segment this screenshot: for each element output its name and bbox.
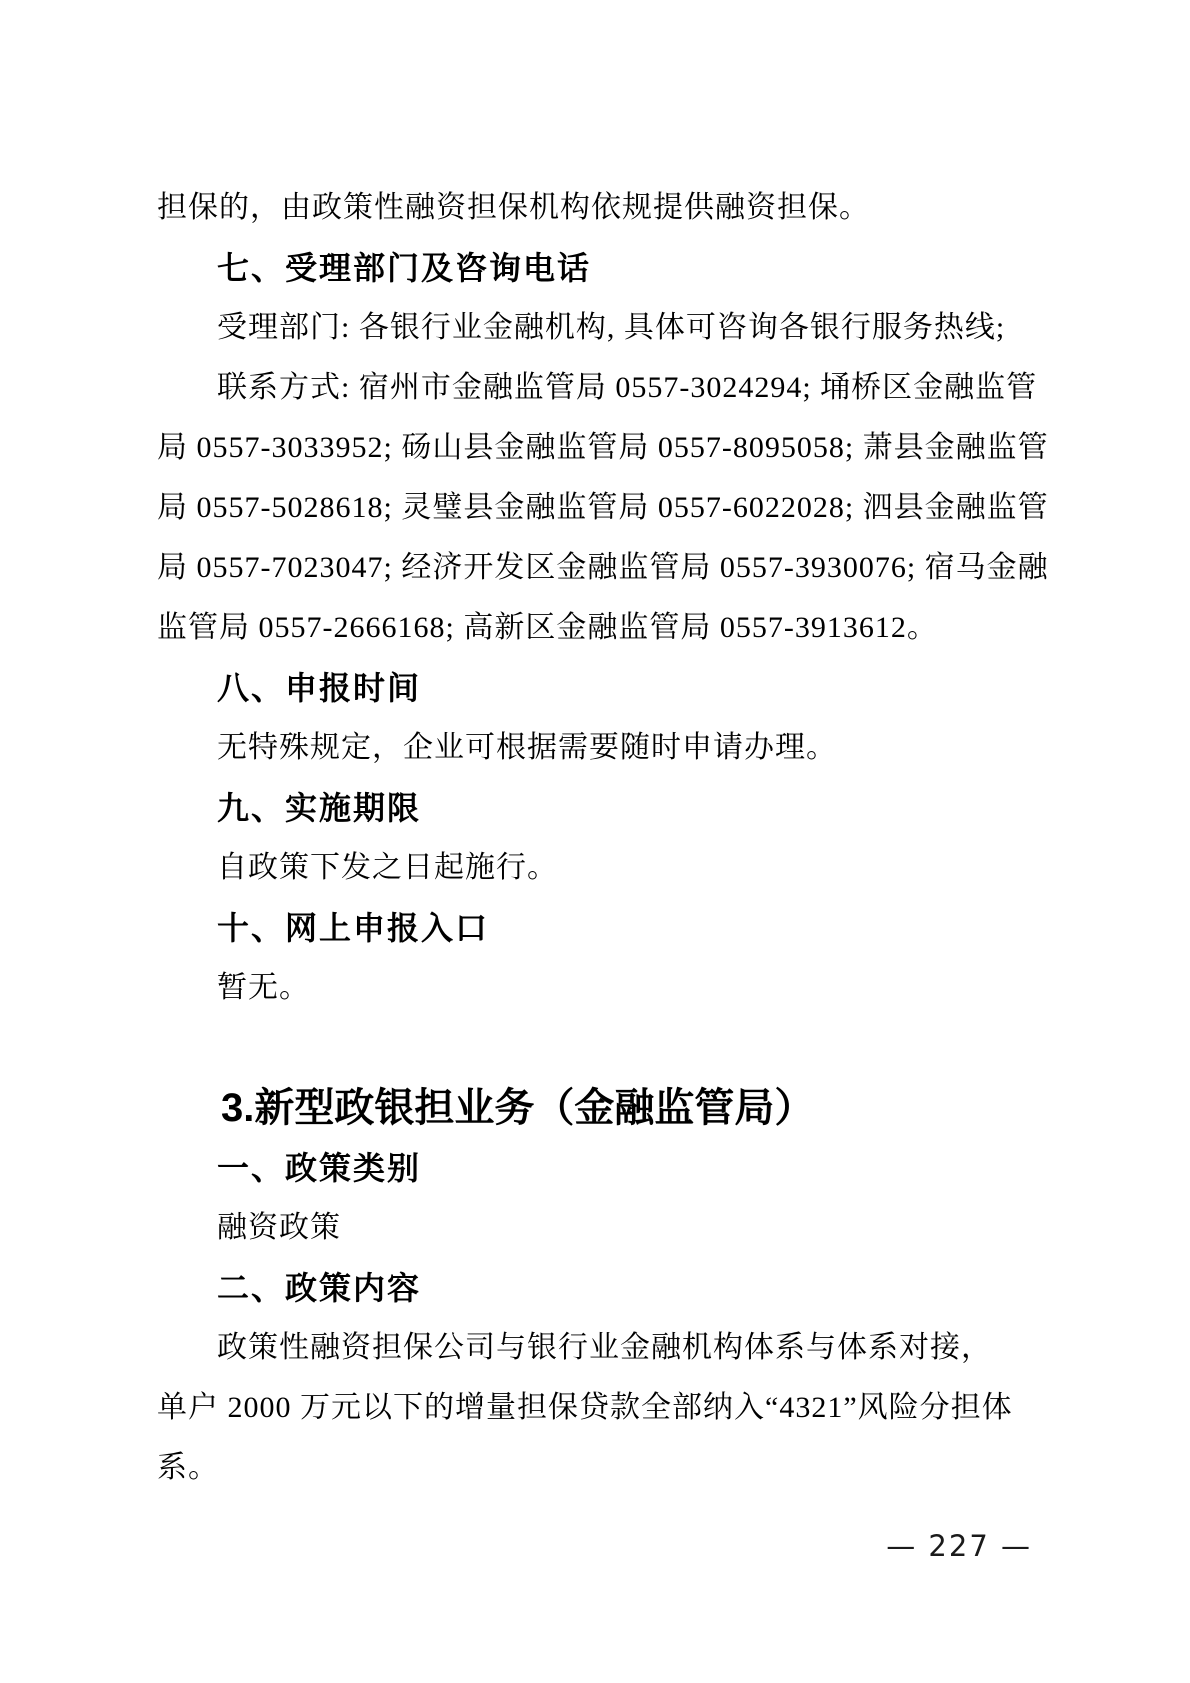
paragraph-line: 局 0557-3033952; 砀山县金融监管局 0557-8095058; 萧… [157, 418, 1037, 478]
chapter-title: 3.新型政银担业务（金融监管局） [157, 1078, 1037, 1138]
document-page: 担保的，由政策性融资担保机构依规提供融资担保。 七、受理部门及咨询电话 受理部门… [0, 0, 1190, 1683]
section-heading-policy-content: 二、政策内容 [157, 1258, 1037, 1318]
section-heading-policy-category: 一、政策类别 [157, 1138, 1037, 1198]
paragraph-line: 无特殊规定，企业可根据需要随时申请办理。 [157, 718, 1037, 778]
paragraph-line: 系。 [157, 1438, 1037, 1498]
paragraph-line: 暂无。 [157, 958, 1037, 1018]
paragraph-line: 局 0557-7023047; 经济开发区金融监管局 0557-3930076;… [157, 538, 1037, 598]
paragraph-line: 单户 2000 万元以下的增量担保贷款全部纳入“4321”风险分担体 [157, 1378, 1037, 1438]
section-heading-application-time: 八、申报时间 [157, 658, 1037, 718]
section-heading-acceptance-dept: 七、受理部门及咨询电话 [157, 238, 1037, 298]
section-heading-implementation-period: 九、实施期限 [157, 778, 1037, 838]
document-body: 担保的，由政策性融资担保机构依规提供融资担保。 七、受理部门及咨询电话 受理部门… [157, 178, 1037, 1498]
paragraph-line: 担保的，由政策性融资担保机构依规提供融资担保。 [157, 178, 1037, 238]
paragraph-line: 政策性融资担保公司与银行业金融机构体系与体系对接， [157, 1318, 1037, 1378]
paragraph-line: 融资政策 [157, 1198, 1037, 1258]
paragraph-line: 受理部门: 各银行业金融机构, 具体可咨询各银行服务热线; [157, 298, 1037, 358]
paragraph-line: 自政策下发之日起施行。 [157, 838, 1037, 898]
blank-line [157, 1018, 1037, 1078]
section-heading-online-entry: 十、网上申报入口 [157, 898, 1037, 958]
paragraph-line: 监管局 0557-2666168; 高新区金融监管局 0557-3913612。 [157, 598, 1037, 658]
paragraph-line: 局 0557-5028618; 灵璧县金融监管局 0557-6022028; 泗… [157, 478, 1037, 538]
paragraph-line: 联系方式: 宿州市金融监管局 0557-3024294; 埇桥区金融监管 [157, 358, 1037, 418]
page-number: — 227 — [886, 1526, 1032, 1566]
